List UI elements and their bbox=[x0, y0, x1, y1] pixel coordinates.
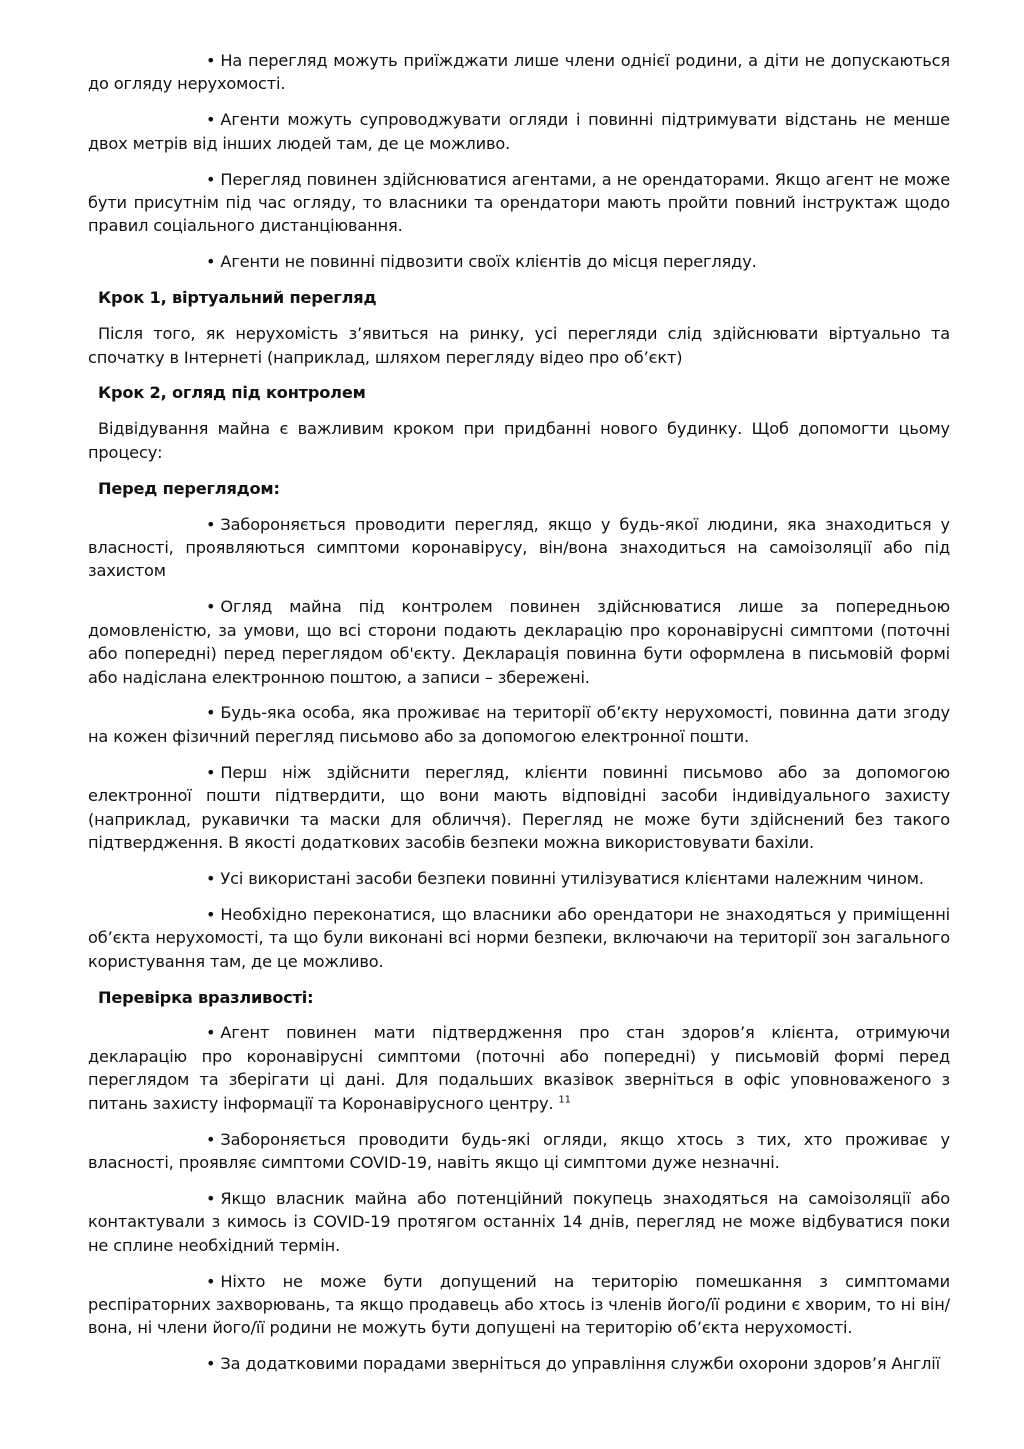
bullet-agent-distance: •Агенти можуть супроводжувати огляди і п… bbox=[88, 108, 950, 155]
bullet-icon: • bbox=[147, 513, 215, 536]
bullet-appointment-declaration: •Огляд майна під контролем повинен здійс… bbox=[88, 595, 950, 689]
bullet-owners-absent: •Необхідно переконатися, що власники або… bbox=[88, 903, 950, 973]
bullet-family-only: •На перегляд можуть приїжджати лише член… bbox=[88, 49, 950, 96]
bullet-icon: • bbox=[147, 595, 215, 618]
bullet-no-transport: •Агенти не повинні підвозити своїх клієн… bbox=[88, 250, 950, 273]
bullet-ppe-confirmation: •Перш ніж здійснити перегляд, клієнти по… bbox=[88, 761, 950, 855]
bullet-further-advice: •За додатковими порадами зверніться до у… bbox=[88, 1352, 950, 1375]
heading-step-2: Крок 2, огляд під контролем bbox=[98, 381, 950, 404]
bullet-icon: • bbox=[147, 1021, 215, 1044]
bullet-icon: • bbox=[147, 1352, 215, 1375]
bullet-icon: • bbox=[147, 250, 215, 273]
bullet-self-isolation: •Якщо власник майна або потенційний поку… bbox=[88, 1187, 950, 1257]
paragraph-virtual-viewing: Після того, як нерухомість з’явиться на … bbox=[88, 322, 950, 369]
heading-vulnerability-check: Перевірка вразливості: bbox=[98, 986, 950, 1009]
bullet-icon: • bbox=[147, 108, 215, 131]
bullet-icon: • bbox=[147, 903, 215, 926]
bullet-icon: • bbox=[147, 168, 215, 191]
bullet-agents-not-tenants: •Перегляд повинен здійснюватися агентами… bbox=[88, 168, 950, 238]
bullet-icon: • bbox=[147, 1270, 215, 1293]
bullet-resident-consent: •Будь-яка особа, яка проживає на територ… bbox=[88, 701, 950, 748]
bullet-icon: • bbox=[147, 701, 215, 724]
heading-step-1: Крок 1, віртуальний перегляд bbox=[98, 286, 950, 309]
footnote-marker: 11 bbox=[558, 1094, 570, 1105]
bullet-icon: • bbox=[147, 1187, 215, 1210]
bullet-health-confirmation: •Агент повинен мати підтвердження про ст… bbox=[88, 1021, 950, 1115]
document-page: •На перегляд можуть приїжджати лише член… bbox=[88, 49, 950, 1388]
bullet-icon: • bbox=[147, 1128, 215, 1151]
bullet-icon: • bbox=[147, 867, 215, 890]
paragraph-property-visit: Відвідування майна є важливим кроком при… bbox=[88, 417, 950, 464]
bullet-no-viewing-covid: •Забороняється проводити будь-які огляди… bbox=[88, 1128, 950, 1175]
bullet-icon: • bbox=[147, 761, 215, 784]
heading-before-viewing: Перед переглядом: bbox=[98, 477, 950, 500]
bullet-ppe-disposal: •Усі використані засоби безпеки повинні … bbox=[88, 867, 950, 890]
bullet-no-symptoms: •Забороняється проводити перегляд, якщо … bbox=[88, 513, 950, 583]
bullet-respiratory-symptoms: •Ніхто не може бути допущений на територ… bbox=[88, 1270, 950, 1340]
bullet-icon: • bbox=[147, 49, 215, 72]
